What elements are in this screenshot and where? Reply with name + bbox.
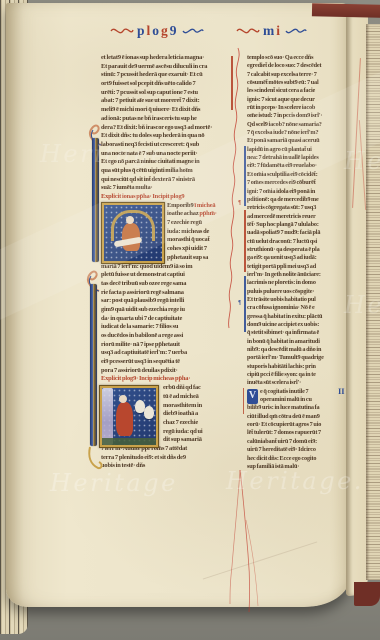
bookmark-thread: [0, 0, 380, 640]
manuscript-photo: plog9 mi et letat9 ē ionas sup hedera le…: [0, 0, 380, 640]
